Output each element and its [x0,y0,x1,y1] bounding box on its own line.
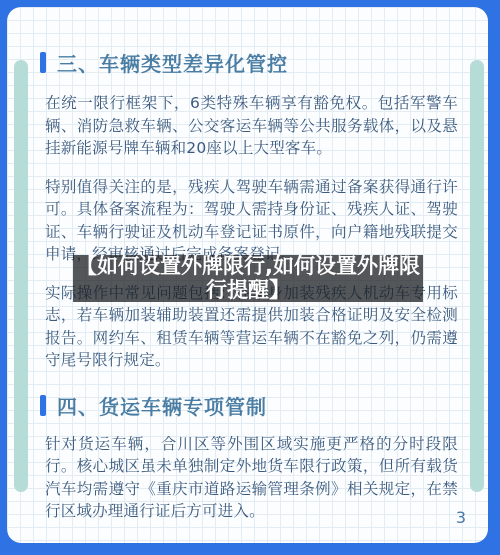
section-title: 三、车辆类型差异化管控 [57,48,288,77]
subtitle-overlay-caption: 【如何设置外牌限行,如何设置外牌限行提醒】 [73,255,423,302]
section-heading-4: 四、货运车辆专项管制 [40,392,458,420]
paragraph: 特别值得关注的是，残疾人驾驶车辆需通过备案获得通行许可。具体备案流程为：驾驶人需… [45,176,458,266]
left-decor-pill [14,60,28,492]
page-number: 3 [456,508,466,527]
paragraph: 针对货运车辆，合川区等外围区域实施更严格的分时段限行。核心城区虽未单独制定外地货… [45,433,458,523]
heading-accent-bar [40,395,46,416]
section-heading-3: 三、车辆类型差异化管控 [40,48,458,76]
heading-accent-bar [40,52,46,73]
content-card: 三、车辆类型差异化管控 在统一限行框架下，6类特殊车辆享有豁免权。包括军警车辆、… [7,7,488,543]
page-frame: 三、车辆类型差异化管控 在统一限行框架下，6类特殊车辆享有豁免权。包括军警车辆、… [0,0,500,555]
section-title: 四、货运车辆专项管制 [57,391,267,420]
paragraph: 在统一限行框架下，6类特殊车辆享有豁免权。包括军警车辆、消防急救车辆、公交客运车… [45,92,458,160]
right-decor-pill [470,60,484,492]
